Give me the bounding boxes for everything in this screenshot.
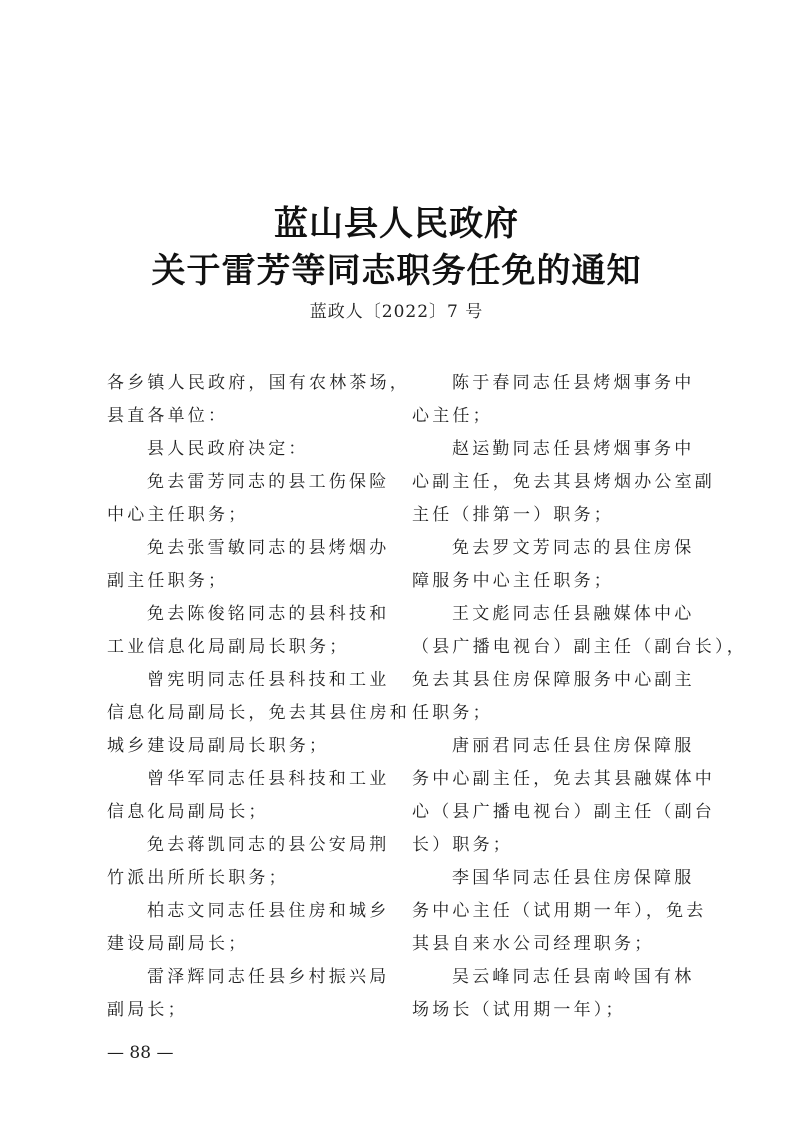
text-line: 柏志文同志任县住房和城乡: [107, 895, 391, 928]
text-line: 副主任职务；: [107, 565, 391, 598]
text-line: （县广播电视台）副主任（副台长），: [412, 631, 696, 664]
text-line: 各乡镇人民政府，国有农林茶场，: [107, 367, 391, 400]
text-line: 城乡建设局副局长职务；: [107, 730, 391, 763]
text-line: 建设局副局长；: [107, 928, 391, 961]
text-line: 陈于春同志任县烤烟事务中: [412, 367, 696, 400]
page-number: — 88 —: [107, 1043, 173, 1063]
text-line: 赵运勤同志任县烤烟事务中: [412, 433, 696, 466]
text-line: 中心主任职务；: [107, 499, 391, 532]
document-title-line2: 关于雷芳等同志职务任免的通知: [0, 243, 793, 292]
text-line: 雷泽辉同志任县乡村振兴局: [107, 961, 391, 994]
text-line: 王文彪同志任县融媒体中心: [412, 598, 696, 631]
document-title-line1: 蓝山县人民政府: [0, 196, 793, 245]
text-line: 竹派出所所长职务；: [107, 862, 391, 895]
text-line: 唐丽君同志任县住房保障服: [412, 730, 696, 763]
text-line: 免去张雪敏同志的县烤烟办: [107, 532, 391, 565]
text-line: 任职务；: [412, 697, 696, 730]
text-line: 障服务中心主任职务；: [412, 565, 696, 598]
text-line: 曾宪明同志任县科技和工业: [107, 664, 391, 697]
text-line: 务中心主任（试用期一年），免去: [412, 895, 696, 928]
text-line: 免去蒋凯同志的县公安局荆: [107, 829, 391, 862]
text-line: 县人民政府决定：: [107, 433, 391, 466]
text-line: 场场长（试用期一年）；: [412, 994, 696, 1027]
text-line: 工业信息化局副局长职务；: [107, 631, 391, 664]
text-line: 免去雷芳同志的县工伤保险: [107, 466, 391, 499]
text-line: 副局长；: [107, 994, 391, 1027]
text-line: 心（县广播电视台）副主任（副台: [412, 796, 696, 829]
text-line: 信息化局副局长，免去其县住房和: [107, 697, 391, 730]
text-line: 务中心副主任，免去其县融媒体中: [412, 763, 696, 796]
text-line: 免去陈俊铭同志的县科技和: [107, 598, 391, 631]
text-line: 免去罗文芳同志的县住房保: [412, 532, 696, 565]
text-line: 免去其县住房保障服务中心副主: [412, 664, 696, 697]
body-right-column: 陈于春同志任县烤烟事务中心主任；赵运勤同志任县烤烟事务中心副主任，免去其县烤烟办…: [412, 367, 696, 1027]
text-line: 主任（排第一）职务；: [412, 499, 696, 532]
text-line: 李国华同志任县住房保障服: [412, 862, 696, 895]
text-line: 曾华军同志任县科技和工业: [107, 763, 391, 796]
text-line: 其县自来水公司经理职务；: [412, 928, 696, 961]
text-line: 心主任；: [412, 400, 696, 433]
text-line: 心副主任，免去其县烤烟办公室副: [412, 466, 696, 499]
text-line: 县直各单位：: [107, 400, 391, 433]
text-line: 信息化局副局长；: [107, 796, 391, 829]
body-left-column: 各乡镇人民政府，国有农林茶场，县直各单位：县人民政府决定：免去雷芳同志的县工伤保…: [107, 367, 391, 1027]
text-line: 长）职务；: [412, 829, 696, 862]
document-number: 蓝政人〔2022〕7 号: [0, 297, 793, 322]
text-line: 吴云峰同志任县南岭国有林: [412, 961, 696, 994]
